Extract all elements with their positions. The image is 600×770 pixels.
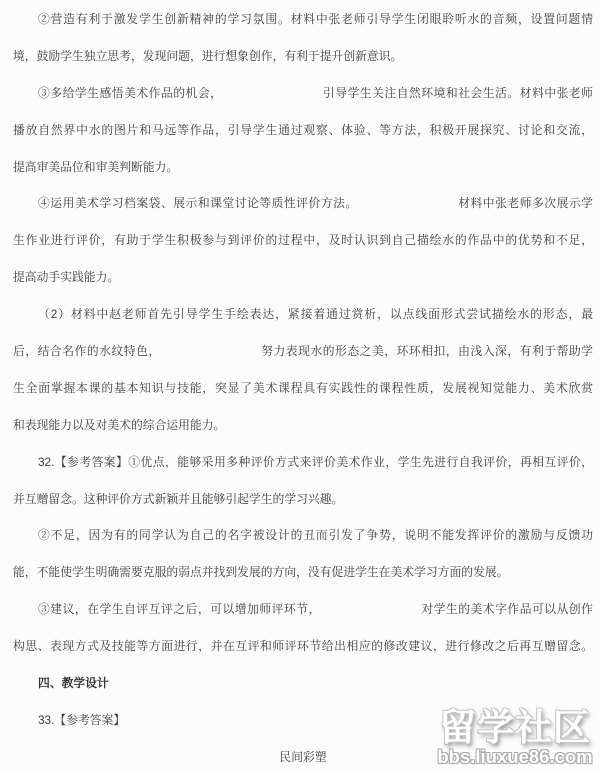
- document-line: 提高动手实践能力。: [13, 259, 593, 296]
- line-text-segment: ②不足，因为有的同学认为自己的名字被设计的丑而引发了争势，说明不能发挥评价的激励…: [38, 528, 593, 542]
- document-line: ③多给学生感悟美术作品的机会，引导学生关注自然环境和社会生活。材料中张老师: [13, 75, 593, 112]
- line-text-segment: 生全面掌握本课的基本知识与技能，突显了美术课程具有实践性的课程性质，发展视知觉能…: [13, 381, 593, 395]
- document-line: （2）材料中赵老师首先引导学生手绘表达，紧接着通过赏析，以点线面形式尝试描绘水的…: [13, 296, 593, 333]
- document-page: ②营造有利于激发学生创新精神的学习氛围。材料中张老师引导学生闭眼聆听水的音频，设…: [0, 0, 600, 770]
- line-text-segment: 并互赠留念。这种评价方式新颖并且能够引起学生的学习兴趣。: [13, 492, 343, 506]
- line-text-segment: 播放自然界中水的图片和马远等作品，引导学生通过观察、体验、等方法，积极开展探究、…: [13, 123, 593, 137]
- document-line: 民间彩塑: [13, 739, 593, 770]
- document-line: 33.【参考答案】: [13, 702, 593, 739]
- line-text-segment: 努力表现水的形态之美，环环相扣，由浅入深，有利于帮助学: [261, 344, 593, 358]
- redacted-blank-gap: [222, 93, 322, 94]
- line-text-segment: ②营造有利于激发学生创新精神的学习氛围。材料中张老师引导学生闭眼聆听水的音频，设…: [38, 12, 593, 26]
- line-text-segment: 材料中张老师多次展示学: [458, 196, 593, 210]
- document-line: 生作业进行评价，有助于学生积极参与到评价的过程中，及时认识到自己描绘水的作品中的…: [13, 222, 593, 259]
- document-line: ②营造有利于激发学生创新精神的学习氛围。材料中张老师引导学生闭眼聆听水的音频，设…: [13, 1, 593, 38]
- document-line: ③建议，在学生自评互评之后，可以增加师评环节，对学生的美术字作品可以从创作: [13, 591, 593, 628]
- line-text-segment: 民间彩塑: [279, 750, 326, 764]
- document-line: 构思、表现方式及技能等方面进行，并在互评和师评环节给出相应的修改建议，进行修改之…: [13, 628, 593, 665]
- line-text-segment: 引导学生关注自然环境和社会生活。材料中张老师: [322, 86, 593, 100]
- line-text-segment: 提高审美品位和审美判断能力。: [13, 160, 178, 174]
- document-line: 并互赠留念。这种评价方式新颖并且能够引起学生的学习兴趣。: [13, 481, 593, 518]
- redacted-blank-gap: [321, 610, 421, 611]
- line-text-segment: 和表现能力以及对美术的综合运用能力。: [13, 418, 225, 432]
- line-text-segment: 后，结合名作的水纹特色，: [13, 344, 161, 358]
- document-line: ②不足，因为有的同学认为自己的名字被设计的丑而引发了争势，说明不能发挥评价的激励…: [13, 517, 593, 554]
- line-text-segment: 能，不能使学生明确需要克服的弱点并找到发展的方向，没有促进学生在美术学习方面的发…: [13, 565, 508, 579]
- line-text-segment: 对学生的美术字作品可以从创作: [421, 602, 593, 616]
- document-line: ④运用美术学习档案袋、展示和课堂讨论等质性评价方法。材料中张老师多次展示学: [13, 185, 593, 222]
- line-text-segment: 33.【参考答案】: [38, 713, 125, 727]
- line-text-segment: ④运用美术学习档案袋、展示和课堂讨论等质性评价方法。: [38, 196, 358, 210]
- section-heading-line: 四、教学设计: [13, 665, 593, 702]
- document-line: 能，不能使学生明确需要克服的弱点并找到发展的方向，没有促进学生在美术学习方面的发…: [13, 554, 593, 591]
- line-text-segment: 提高动手实践能力。: [13, 270, 119, 284]
- line-text-segment: 境，鼓励学生独立思考，发现问题，进行想象创作，有利于提升创新意识。: [13, 49, 402, 63]
- document-line: 和表现能力以及对美术的综合运用能力。: [13, 407, 593, 444]
- line-text-segment: （2）材料中赵老师首先引导学生手绘表达，紧接着通过赏析，以点线面形式尝试描绘水的…: [38, 307, 593, 321]
- redacted-blank-gap: [161, 351, 261, 352]
- line-text-segment: 构思、表现方式及技能等方面进行，并在互评和师评环节给出相应的修改建议，进行修改之…: [13, 639, 593, 653]
- document-body: ②营造有利于激发学生创新精神的学习氛围。材料中张老师引导学生闭眼聆听水的音频，设…: [0, 0, 600, 770]
- document-line: 生全面掌握本课的基本知识与技能，突显了美术课程具有实践性的课程性质，发展视知觉能…: [13, 370, 593, 407]
- line-text-segment: 生作业进行评价，有助于学生积极参与到评价的过程中，及时认识到自己描绘水的作品中的…: [13, 233, 593, 247]
- line-text-segment: ③多给学生感悟美术作品的机会，: [38, 86, 222, 100]
- document-line: 提高审美品位和审美判断能力。: [13, 149, 593, 186]
- document-line: 境，鼓励学生独立思考，发现问题，进行想象创作，有利于提升创新意识。: [13, 38, 593, 75]
- line-text-segment: ③建议，在学生自评互评之后，可以增加师评环节，: [38, 602, 321, 616]
- line-text-segment: 四、教学设计: [38, 676, 109, 690]
- document-line: 后，结合名作的水纹特色，努力表现水的形态之美，环环相扣，由浅入深，有利于帮助学: [13, 333, 593, 370]
- redacted-blank-gap: [358, 204, 458, 205]
- document-line: 播放自然界中水的图片和马远等作品，引导学生通过观察、体验、等方法，积极开展探究、…: [13, 112, 593, 149]
- line-text-segment: 32.【参考答案】①优点，能够采用多种评价方式来评价美术作业，学生先进行自我评价…: [38, 455, 593, 469]
- document-line: 32.【参考答案】①优点，能够采用多种评价方式来评价美术作业，学生先进行自我评价…: [13, 444, 593, 481]
